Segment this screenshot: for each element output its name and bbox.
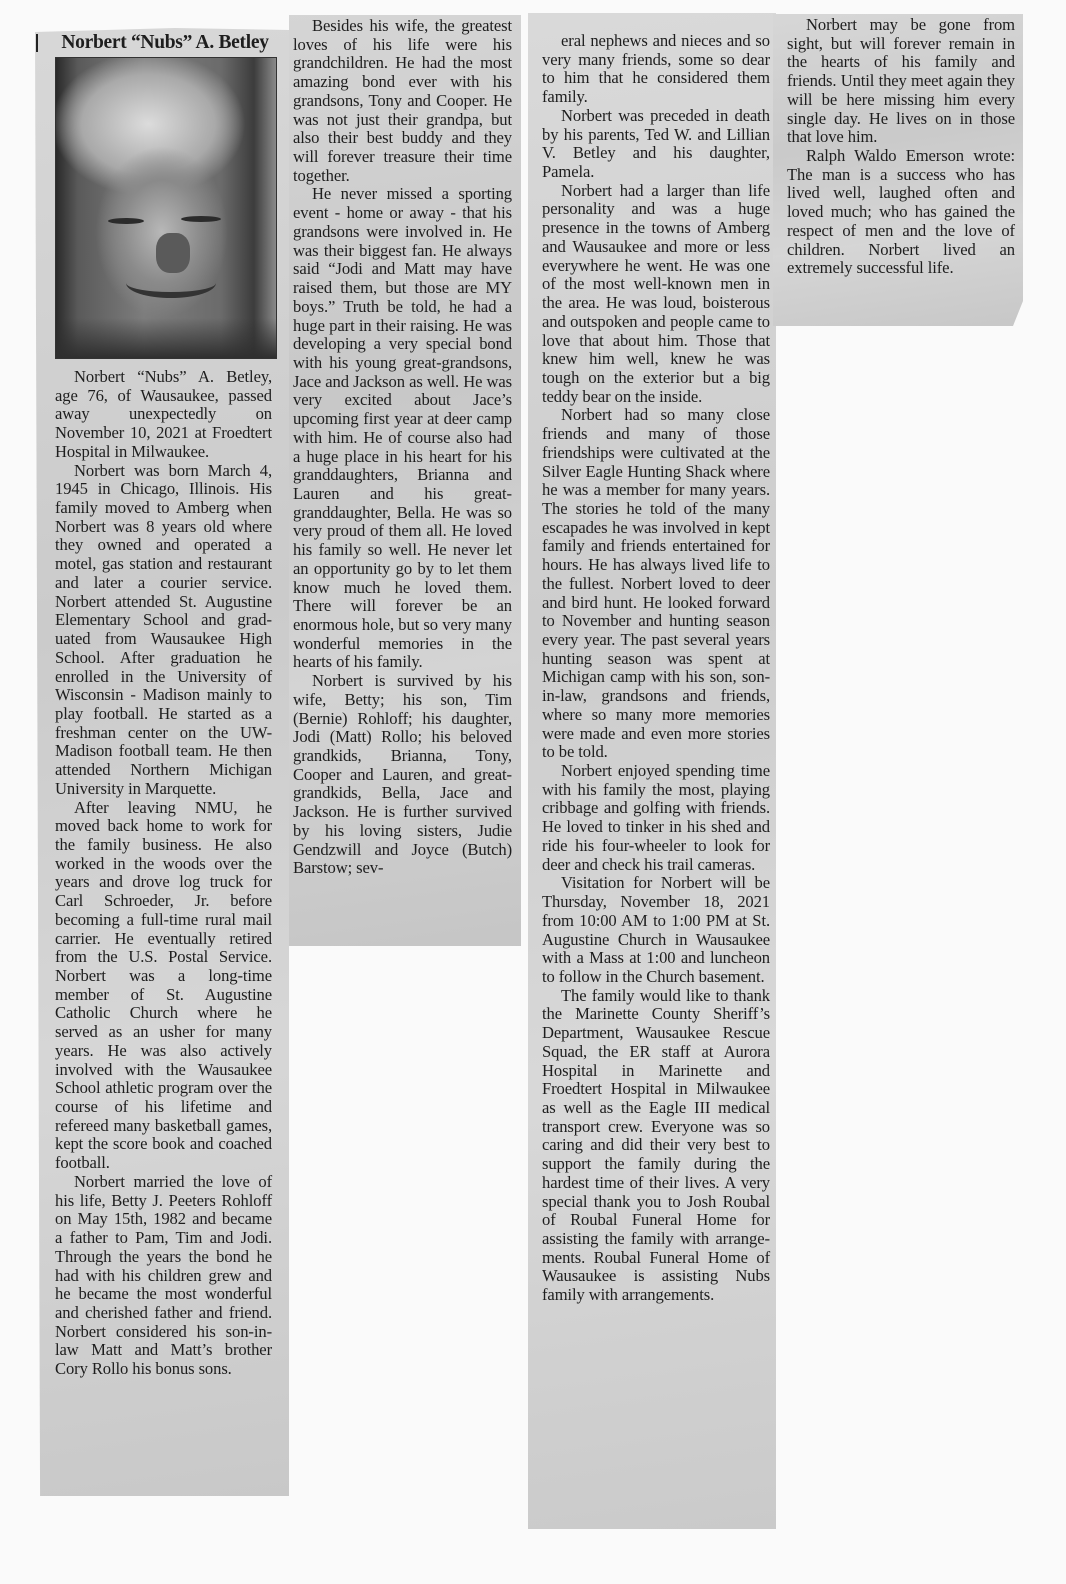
clipping-column-3: eral nephews and nieces and so very many…	[528, 13, 776, 1529]
paragraph: eral nephews and nieces and so very many…	[542, 32, 770, 107]
column-2-text: Besides his wife, the great­est loves of…	[293, 17, 512, 878]
paragraph: Norbert enjoyed spending time with his f…	[542, 762, 770, 874]
paragraph: Norbert had a larger than life personali…	[542, 182, 770, 407]
clipping-column-4: Norbert may be gone from sight, but will…	[773, 14, 1023, 326]
paragraph: Norbert was born March 4, 1945 in Chicag…	[55, 462, 272, 799]
paragraph: Besides his wife, the great­est loves of…	[293, 17, 512, 185]
photo-eye-right	[181, 216, 221, 222]
obituary-title: Norbert “Nubs” A. Betley	[45, 30, 285, 56]
paragraph: He never missed a sport­ing event - home…	[293, 185, 512, 672]
paragraph: The family would like to thank the Marin…	[542, 987, 770, 1305]
clipping-column-1: Norbert “Nubs” A. Betley Norbert “Nubs” …	[35, 28, 289, 1496]
column-3-text: eral nephews and nieces and so very many…	[542, 32, 770, 1305]
paragraph: Ralph Waldo Emerson wrote: The man is a …	[787, 147, 1015, 278]
clipping-column-2: Besides his wife, the great­est loves of…	[289, 15, 521, 946]
paragraph: Norbert was preceded in death by his par…	[542, 107, 770, 182]
column-1-text: Norbert “Nubs” A. Betley, age 76, of Wau…	[55, 368, 272, 1379]
portrait-photo	[55, 57, 277, 359]
photo-collar	[56, 318, 276, 358]
left-border-rule	[36, 34, 38, 52]
paragraph: Norbert “Nubs” A. Betley, age 76, of Wau…	[55, 368, 272, 462]
paragraph: Visitation for Norbert will be Thursday,…	[542, 874, 770, 986]
photo-nose	[156, 233, 190, 273]
paragraph: After leaving NMU, he moved back home to…	[55, 799, 272, 1173]
paragraph: Norbert is survived by his wife, Betty; …	[293, 672, 512, 878]
photo-eye-left	[108, 218, 144, 224]
photo-smile	[126, 268, 216, 298]
paragraph: Norbert married the love of his life, Be…	[55, 1173, 272, 1379]
paragraph: Norbert had so many close friends and ma…	[542, 406, 770, 762]
paragraph: Norbert may be gone from sight, but will…	[787, 16, 1015, 147]
column-4-text: Norbert may be gone from sight, but will…	[787, 16, 1015, 278]
